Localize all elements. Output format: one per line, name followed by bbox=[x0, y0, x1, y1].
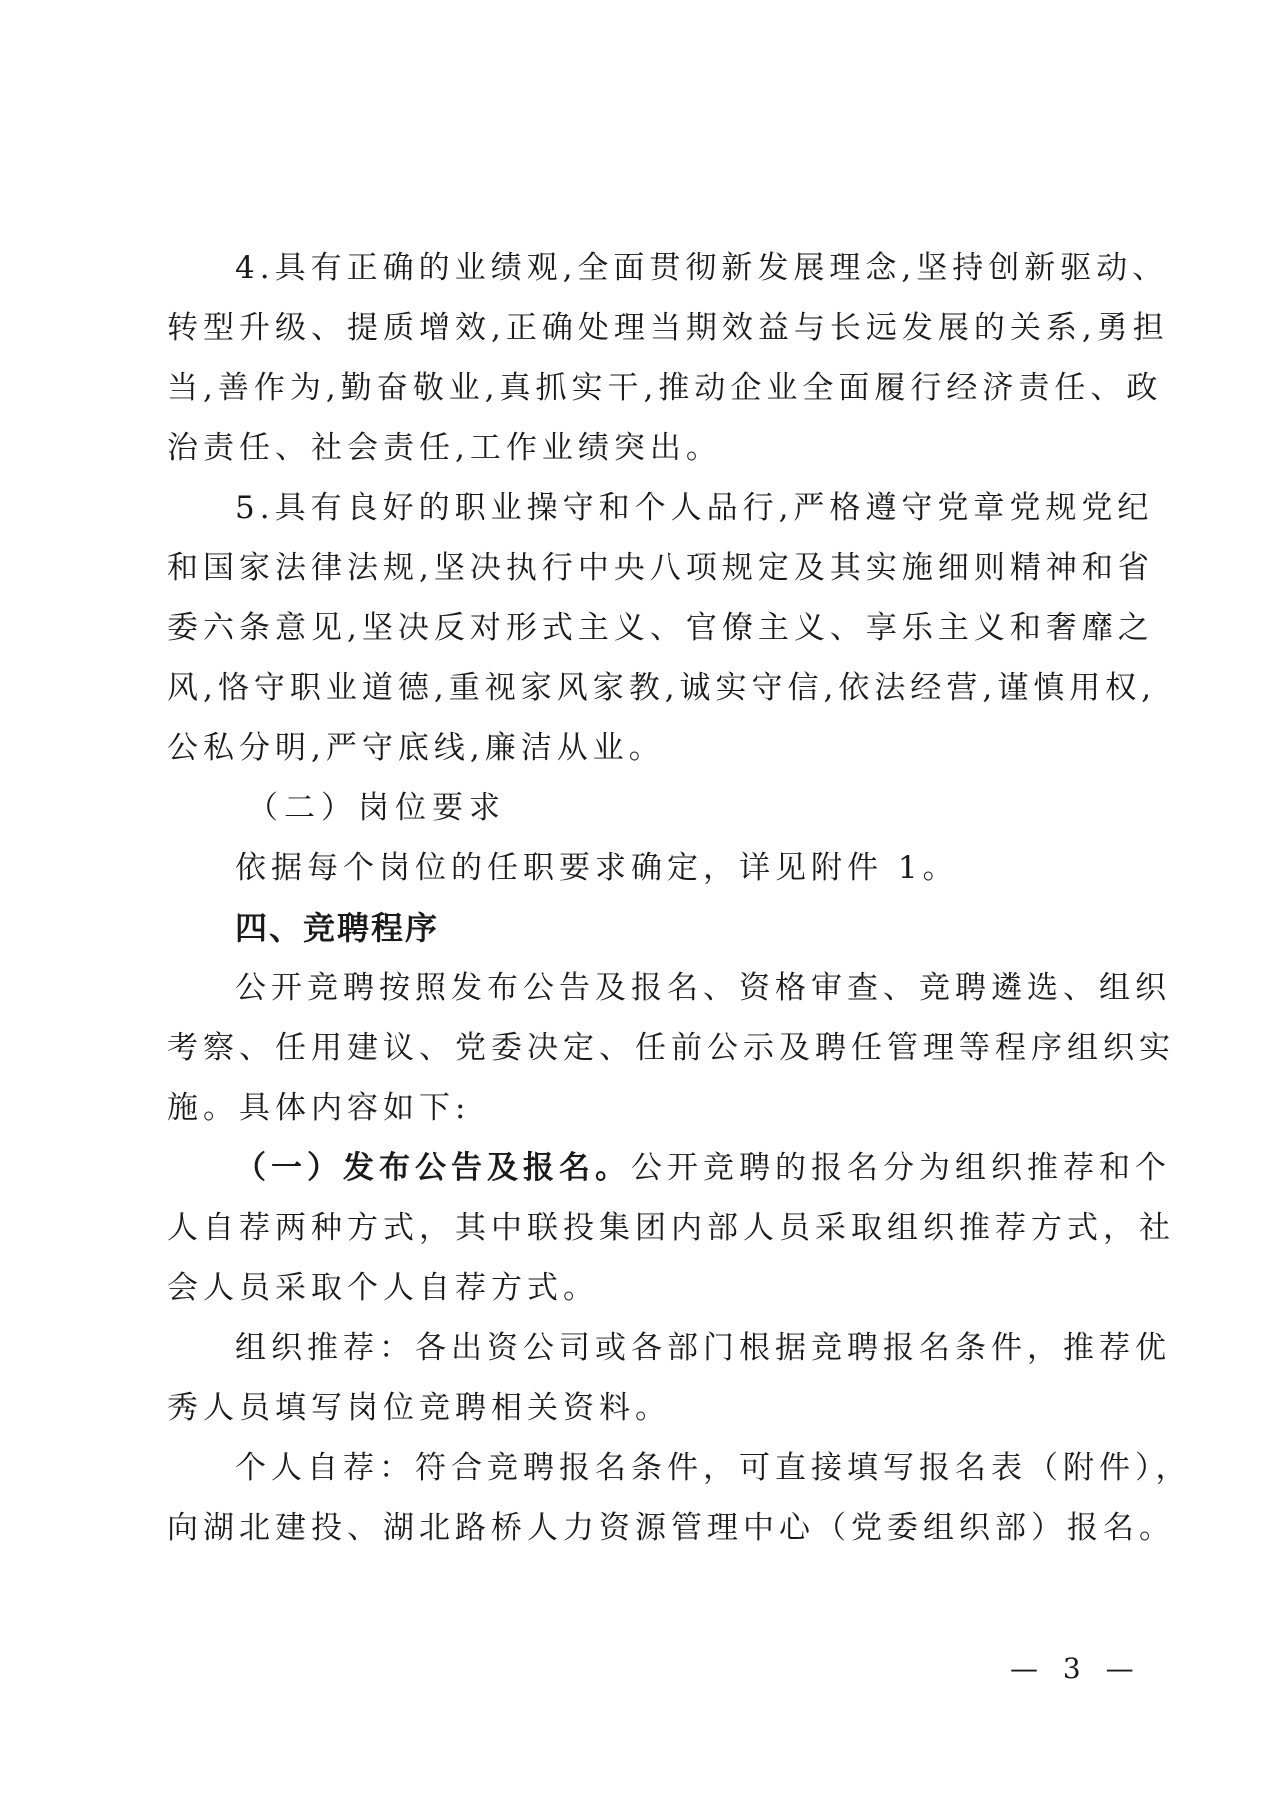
text-line: 秀人员填写岗位竞聘相关资料。 bbox=[167, 1378, 1127, 1438]
text-line: 向湖北建投、湖北路桥人力资源管理中心（党委组织部）报名。 bbox=[167, 1498, 1127, 1558]
text-line: 考察、任用建议、党委决定、任前公示及聘任管理等程序组织实 bbox=[167, 1018, 1127, 1078]
text-line: 4.具有正确的业绩观,全面贯彻新发展理念,坚持创新驱动、 bbox=[167, 238, 1127, 298]
subheading-post-requirements: （二）岗位要求 bbox=[167, 778, 1127, 838]
text-line: 和国家法律法规,坚决执行中央八项规定及其实施细则精神和省 bbox=[167, 538, 1127, 598]
paragraph-post-requirements: 依据每个岗位的任职要求确定，详见附件 1。 bbox=[167, 838, 1127, 898]
paragraph-procedure-intro: 公开竞聘按照发布公告及报名、资格审查、竞聘遴选、组织 考察、任用建议、党委决定、… bbox=[167, 958, 1127, 1138]
text-line: 会人员采取个人自荐方式。 bbox=[167, 1258, 1127, 1318]
text-line: 个人自荐：符合竞聘报名条件，可直接填写报名表（附件）， bbox=[167, 1438, 1127, 1498]
paragraph-item-5: 5.具有良好的职业操守和个人品行,严格遵守党章党规党纪 和国家法律法规,坚决执行… bbox=[167, 478, 1127, 778]
step-1-text: 公开竞聘的报名分为组织推荐和个 bbox=[631, 1150, 1171, 1186]
text-line: 组织推荐：各出资公司或各部门根据竞聘报名条件，推荐优 bbox=[167, 1318, 1127, 1378]
text-line: 人自荐两种方式，其中联投集团内部人员采取组织推荐方式，社 bbox=[167, 1198, 1127, 1258]
page-number: — 3 — bbox=[1010, 1652, 1142, 1685]
text-line: 施。具体内容如下: bbox=[167, 1078, 1127, 1138]
text-line: 5.具有良好的职业操守和个人品行,严格遵守党章党规党纪 bbox=[167, 478, 1127, 538]
paragraph-item-4: 4.具有正确的业绩观,全面贯彻新发展理念,坚持创新驱动、 转型升级、提质增效,正… bbox=[167, 238, 1127, 478]
text-line: 公私分明,严守底线,廉洁从业。 bbox=[167, 718, 1127, 778]
text-line: （一）发布公告及报名。公开竞聘的报名分为组织推荐和个 bbox=[167, 1138, 1127, 1198]
text-line: 公开竞聘按照发布公告及报名、资格审查、竞聘遴选、组织 bbox=[167, 958, 1127, 1018]
text-line: 转型升级、提质增效,正确处理当期效益与长远发展的关系,勇担 bbox=[167, 298, 1127, 358]
paragraph-step-1: （一）发布公告及报名。公开竞聘的报名分为组织推荐和个 人自荐两种方式，其中联投集… bbox=[167, 1138, 1127, 1318]
section-heading-procedure: 四、竞聘程序 bbox=[167, 898, 1127, 958]
paragraph-org-recommend: 组织推荐：各出资公司或各部门根据竞聘报名条件，推荐优 秀人员填写岗位竞聘相关资料… bbox=[167, 1318, 1127, 1438]
paragraph-self-recommend: 个人自荐：符合竞聘报名条件，可直接填写报名表（附件）， 向湖北建投、湖北路桥人力… bbox=[167, 1438, 1127, 1558]
text-line: 当,善作为,勤奋敬业,真抓实干,推动企业全面履行经济责任、政 bbox=[167, 358, 1127, 418]
text-line: 治责任、社会责任,工作业绩突出。 bbox=[167, 418, 1127, 478]
step-1-lead: （一）发布公告及报名。 bbox=[235, 1150, 631, 1186]
text-line: 风,恪守职业道德,重视家风家教,诚实守信,依法经营,谨慎用权, bbox=[167, 658, 1127, 718]
document-page: 4.具有正确的业绩观,全面贯彻新发展理念,坚持创新驱动、 转型升级、提质增效,正… bbox=[0, 0, 1280, 1810]
text-line: 委六条意见,坚决反对形式主义、官僚主义、享乐主义和奢靡之 bbox=[167, 598, 1127, 658]
document-body: 4.具有正确的业绩观,全面贯彻新发展理念,坚持创新驱动、 转型升级、提质增效,正… bbox=[167, 238, 1127, 1558]
